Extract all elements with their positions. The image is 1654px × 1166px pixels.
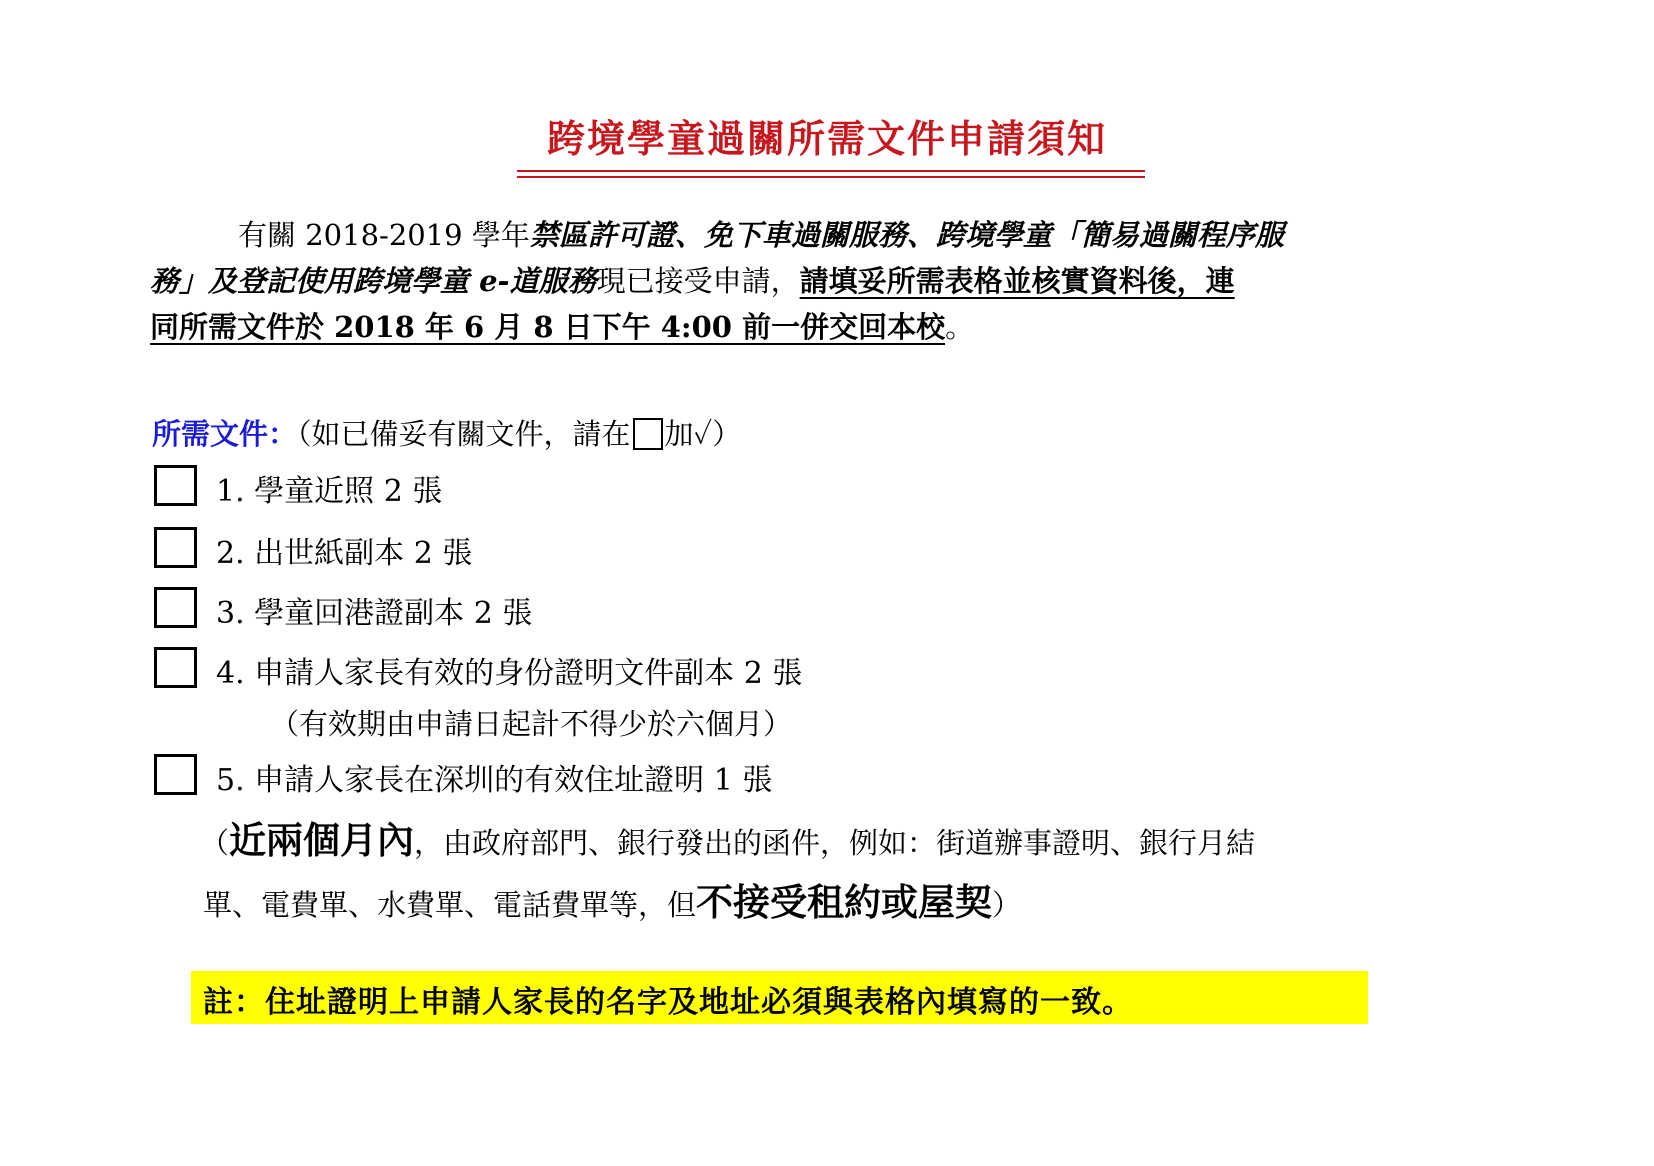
intro-period: 。 [945, 310, 974, 344]
required-docs-instruction: （如已備妥有關文件，請在 [297, 417, 631, 451]
detail-not-accepted: 不接受租約或屋契 [696, 881, 992, 924]
detail-open-paren: （ [200, 826, 229, 860]
intro-plain-text: 有關 2018-2019 學年 [238, 218, 530, 252]
checkbox-item-3[interactable] [154, 587, 197, 628]
required-docs-instruction-suffix: 加✓） [665, 417, 742, 451]
doc-item-4-note: （有效期由申請日起計不得少於六個月） [270, 702, 792, 743]
doc-item-4-label: 4. 申請人家長有效的身份證明文件副本 2 張 [216, 648, 802, 692]
required-docs-label: 所需文件： [152, 417, 297, 451]
detail-within-two-months: 近兩個月內 [229, 819, 414, 862]
intro-accepting-text: 現已接受申請， [597, 264, 800, 298]
intro-line-3: 同所需文件於 2018 年 6 月 8 日下午 4:00 前一併交回本校。 [150, 304, 974, 350]
intro-deadline-underlined: 同所需文件於 2018 年 6 月 8 日下午 4:00 前一併交回本校 [150, 310, 945, 344]
checkbox-sample-icon [633, 418, 663, 450]
checkbox-item-4[interactable] [154, 647, 197, 688]
checkbox-item-5[interactable] [154, 754, 197, 795]
intro-instruction-underlined: 請填妥所需表格並核實資料後，連 [800, 264, 1235, 298]
doc-item-5-detail-line-2: 單、電費單、水費單、電話費單等，但不接受租約或屋契） [203, 872, 1021, 926]
doc-item-5-detail-line-1: （近兩個月內，由政府部門、銀行發出的函件，例如：街道辦事證明、銀行月結 [200, 810, 1255, 864]
intro-line-1: 有關 2018-2019 學年禁區許可證、免下車過關服務、跨境學童「簡易過關程序… [238, 212, 1284, 258]
footnote-text: 註：住址證明上申請人家長的名字及地址必須與表格內填寫的一致。 [203, 977, 1133, 1021]
title-underline-top [517, 170, 1145, 172]
document-title: 跨境學童過關所需文件申請須知 [0, 108, 1654, 163]
intro-services-italic: 禁區許可證、免下車過關服務、跨境學童「簡易過關程序服 [530, 218, 1284, 252]
doc-item-3-label: 3. 學童回港證副本 2 張 [216, 588, 532, 632]
intro-line-2: 務」及登記使用跨境學童 e-道服務現已接受申請，請填妥所需表格並核實資料後，連 [150, 258, 1235, 304]
required-docs-heading: 所需文件：（如已備妥有關文件，請在加✓） [152, 412, 741, 453]
checkbox-item-1[interactable] [154, 465, 197, 506]
detail-close-paren: ） [992, 888, 1021, 922]
intro-services-italic-cont: 務」及登記使用跨境學童 e-道服務 [150, 264, 597, 298]
doc-item-5-label: 5. 申請人家長在深圳的有效住址證明 1 張 [216, 755, 772, 799]
doc-item-1-label: 1. 學童近照 2 張 [216, 466, 442, 510]
checkbox-item-2[interactable] [154, 527, 197, 568]
detail-examples: ，由政府部門、銀行發出的函件，例如：街道辦事證明、銀行月結 [414, 826, 1255, 860]
title-underline-bottom [517, 176, 1145, 178]
doc-item-2-label: 2. 出世紙副本 2 張 [216, 528, 472, 572]
detail-bill-examples: 單、電費單、水費單、電話費單等，但 [203, 888, 696, 922]
